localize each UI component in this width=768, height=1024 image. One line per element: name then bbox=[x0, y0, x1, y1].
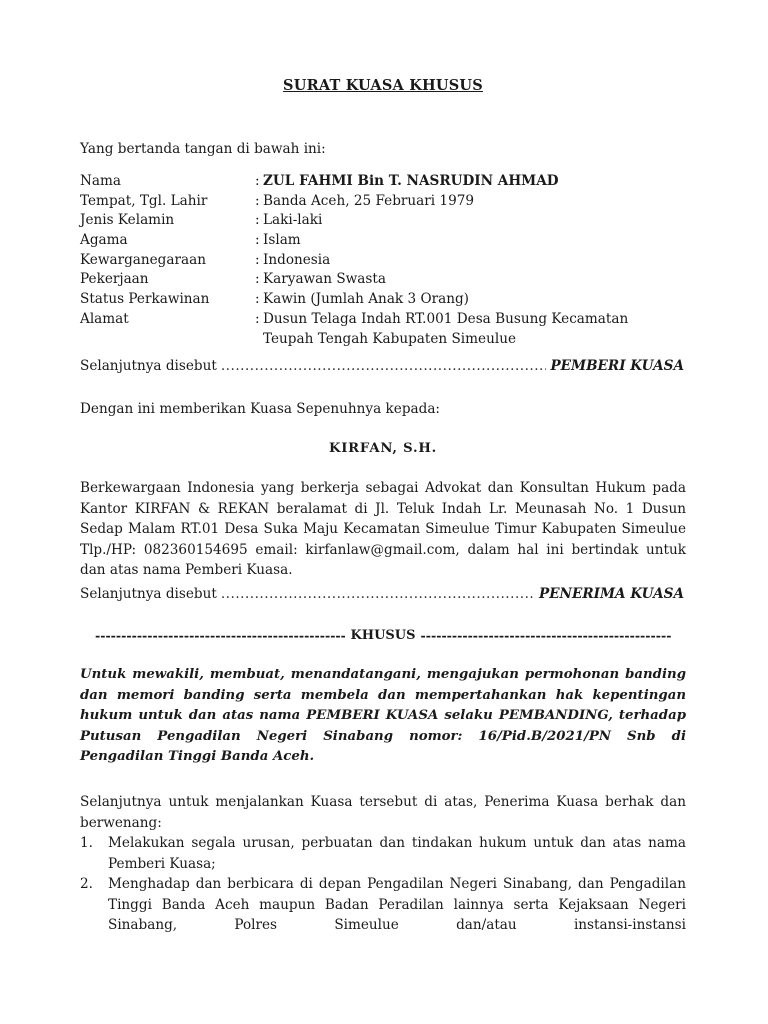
field-value: ZUL FAHMI Bin T. NASRUDIN AHMAD bbox=[263, 172, 559, 192]
document-title: SURAT KUASA KHUSUS bbox=[80, 77, 686, 94]
field-row-status-perkawinan: Status Perkawinan : Kawin (Jumlah Anak 3… bbox=[80, 290, 686, 310]
field-colon: : bbox=[255, 270, 260, 290]
field-colon: : bbox=[255, 251, 260, 271]
khusus-divider: ----------------------------------------… bbox=[95, 628, 671, 643]
designation-prefix: Selanjutnya disebut bbox=[80, 358, 217, 374]
field-row-agama: Agama : Islam bbox=[80, 231, 686, 251]
field-value: Indonesia bbox=[263, 251, 330, 271]
field-value: Banda Aceh, 25 Februari 1979 bbox=[263, 192, 474, 212]
intro-text: Yang bertanda tangan di bawah ini: bbox=[80, 141, 326, 157]
designation-prefix: Selanjutnya disebut bbox=[80, 586, 217, 602]
list-number: 2. bbox=[80, 874, 93, 895]
field-colon: : bbox=[255, 231, 260, 251]
list-item: 1. Melakukan segala urusan, perbuatan da… bbox=[80, 833, 686, 874]
field-value: Dusun Telaga Indah RT.001 Desa Busung Ke… bbox=[263, 310, 628, 330]
field-label: Status Perkawinan bbox=[80, 290, 209, 310]
authority-list: 1. Melakukan segala urusan, perbuatan da… bbox=[80, 833, 686, 936]
field-value-continued: Teupah Tengah Kabupaten Simeulue bbox=[263, 330, 516, 350]
purpose-paragraph: Untuk mewakili, membuat, menandatangani,… bbox=[80, 665, 686, 768]
grantor-designation: Selanjutnya disebut ....................… bbox=[80, 358, 684, 374]
field-colon: : bbox=[255, 211, 260, 231]
field-label: Nama bbox=[80, 172, 121, 192]
list-text: Melakukan segala urusan, perbuatan dan t… bbox=[108, 835, 686, 872]
field-label: Pekerjaan bbox=[80, 270, 149, 290]
field-colon: : bbox=[255, 172, 260, 192]
divider-right-dashes: ----------------------------------------… bbox=[421, 628, 671, 643]
field-row-tempat-tgl-lahir: Tempat, Tgl. Lahir : Banda Aceh, 25 Febr… bbox=[80, 192, 686, 212]
list-text: Menghadap dan berbicara di depan Pengadi… bbox=[108, 876, 686, 933]
field-colon: : bbox=[255, 192, 260, 212]
field-label: Kewarganegaraan bbox=[80, 251, 206, 271]
field-label: Tempat, Tgl. Lahir bbox=[80, 192, 207, 212]
list-item: 2. Menghadap dan berbicara di depan Peng… bbox=[80, 874, 686, 936]
divider-left-dashes: ----------------------------------------… bbox=[95, 628, 345, 643]
field-value: Islam bbox=[263, 231, 301, 251]
grant-statement: Dengan ini memberikan Kuasa Sepenuhnya k… bbox=[80, 401, 440, 417]
field-colon: : bbox=[255, 290, 260, 310]
field-value: Laki-laki bbox=[263, 211, 322, 231]
authority-intro: Selanjutnya untuk menjalankan Kuasa ters… bbox=[80, 792, 686, 833]
field-value: Kawin (Jumlah Anak 3 Orang) bbox=[263, 290, 469, 310]
attorney-description: Berkewargaan Indonesia yang berkerja seb… bbox=[80, 478, 686, 581]
designation-dots: ........................................… bbox=[221, 586, 535, 602]
field-row-pekerjaan: Pekerjaan : Karyawan Swasta bbox=[80, 270, 686, 290]
field-row-alamat-continued: Teupah Tengah Kabupaten Simeulue bbox=[80, 330, 686, 350]
field-row-nama: Nama : ZUL FAHMI Bin T. NASRUDIN AHMAD bbox=[80, 172, 686, 192]
attorney-name: KIRFAN, S.H. bbox=[80, 441, 686, 456]
divider-word: KHUSUS bbox=[350, 628, 415, 643]
designation-role: PEMBERI KUASA bbox=[550, 358, 684, 374]
designation-dots: ........................................… bbox=[221, 358, 547, 374]
grantor-identity-table: Nama : ZUL FAHMI Bin T. NASRUDIN AHMAD T… bbox=[80, 172, 686, 349]
field-label: Alamat bbox=[80, 310, 129, 330]
field-value: Karyawan Swasta bbox=[263, 270, 386, 290]
attorney-designation: Selanjutnya disebut ....................… bbox=[80, 586, 684, 602]
field-row-alamat: Alamat : Dusun Telaga Indah RT.001 Desa … bbox=[80, 310, 686, 330]
field-label: Jenis Kelamin bbox=[80, 211, 174, 231]
designation-role: PENERIMA KUASA bbox=[539, 586, 684, 602]
field-row-kewarganegaraan: Kewarganegaraan : Indonesia bbox=[80, 251, 686, 271]
field-label: Agama bbox=[80, 231, 128, 251]
field-row-jenis-kelamin: Jenis Kelamin : Laki-laki bbox=[80, 211, 686, 231]
list-number: 1. bbox=[80, 833, 93, 854]
field-colon: : bbox=[255, 310, 260, 330]
